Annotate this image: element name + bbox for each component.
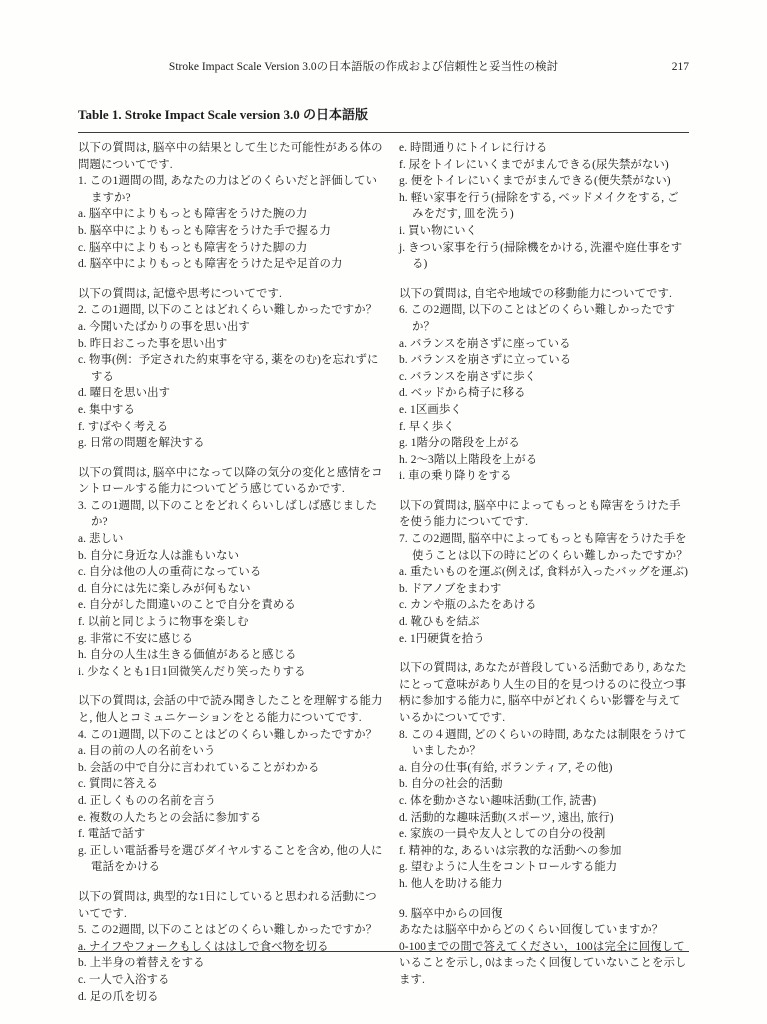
item-text: g. 正しい電話番号を選びダイヤルすることを含め, 他の人に電話をかける	[78, 843, 387, 876]
item-text: h. 軽い家事を行う(掃除をする, ベッドメイクをする, ごみをだす, 皿を洗う…	[399, 190, 689, 223]
item-text: e. 1区画歩く	[399, 402, 689, 419]
item-text: e. 1円硬貨を拾う	[399, 631, 689, 648]
item-text: d. 活動的な趣味活動(スポーツ, 遠出, 旅行)	[399, 810, 689, 827]
question-section: 以下の質問は, 典型的な1日にしていると思われる活動についてです.5. この2週…	[78, 889, 387, 1005]
question-section: e. 時間通りにトイレに行けるf. 尿をトイレにいくまでがまんできる(尿失禁がな…	[399, 140, 689, 273]
question-section: 以下の質問は, 脳卒中になって以降の気分の変化と感情をコントロールする能力につい…	[78, 465, 387, 681]
section-intro: 以下の質問は, 典型的な1日にしていると思われる活動についてです.	[78, 889, 387, 922]
item-text: b. 会話の中で自分に言われていることがわかる	[78, 760, 387, 777]
item-text: d. 脳卒中によりもっとも障害をうけた足や足首の力	[78, 256, 387, 273]
item-text: c. 物事(例：予定された約束事を守る, 薬をのむ)を忘れずにする	[78, 352, 387, 385]
item-text: g. 日常の問題を解決する	[78, 435, 387, 452]
item-text: d. 足の爪を切る	[78, 989, 387, 1006]
item-text: h. 他人を助ける能力	[399, 876, 689, 893]
item-text: b. ドアノブをまわす	[399, 581, 689, 598]
item-text: d. 曜日を思い出す	[78, 385, 387, 402]
item-text: e. 複数の人たちとの会話に参加する	[78, 810, 387, 827]
item-text: c. 体を動かさない趣味活動(工作, 読書)	[399, 793, 689, 810]
item-text: d. 自分には先に楽しみが何もない	[78, 581, 387, 598]
item-text: b. バランスを崩さずに立っている	[399, 352, 689, 369]
question-text: 5. この2週間, 以下のことはどのくらい難しかったですか？	[78, 922, 387, 939]
table-top-rule	[78, 132, 689, 133]
section-line: あなたは脳卒中からどのくらい回復していますか？	[399, 922, 689, 939]
page-number: 217	[672, 60, 689, 75]
table-body: 以下の質問は, 脳卒中の結果として生じた可能性がある体の問題についてです.1. …	[78, 140, 689, 1005]
question-section: 以下の質問は, 会話の中で読み聞きしたことを理解する能力と, 他人とコミュニケー…	[78, 693, 387, 876]
table-title: Table 1. Stroke Impact Scale version 3.0…	[78, 107, 689, 123]
item-text: f. 尿をトイレにいくまでがまんできる(尿失禁がない)	[399, 157, 689, 174]
section-intro: 以下の質問は, あなたが普段している活動であり, あなたにとって意味があり人生の…	[399, 660, 689, 726]
question-section: 以下の質問は, 脳卒中によってもっとも障害をうけた手を使う能力についてです.7.…	[399, 498, 689, 647]
item-text: h. 2〜3階以上階段を上がる	[399, 452, 689, 469]
question-section: 以下の質問は, 自宅や地域での移動能力についてです.6. この2週間, 以下のこ…	[399, 286, 689, 485]
table-column-right: e. 時間通りにトイレに行けるf. 尿をトイレにいくまでがまんできる(尿失禁がな…	[399, 140, 689, 989]
section-line: 0-100までの間で答えてください，100は完全に回復していることを示し, 0は…	[399, 939, 689, 989]
item-text: d. 正しくものの名前を言う	[78, 793, 387, 810]
item-text: a. 悲しい	[78, 531, 387, 548]
item-text: b. 自分の社会的活動	[399, 776, 689, 793]
item-text: b. 自分に身近な人は誰もいない	[78, 548, 387, 565]
question-section: 以下の質問は, 脳卒中の結果として生じた可能性がある体の問題についてです.1. …	[78, 140, 387, 273]
section-intro: 以下の質問は, 脳卒中の結果として生じた可能性がある体の問題についてです.	[78, 140, 387, 173]
item-text: c. 一人で入浴する	[78, 972, 387, 989]
item-text: a. 今聞いたばかりの事を思い出す	[78, 319, 387, 336]
item-text: f. 以前と同じように物事を楽しむ	[78, 614, 387, 631]
running-head-title: Stroke Impact Scale Version 3.0の日本語版の作成お…	[78, 60, 689, 75]
item-text: f. すばやく考える	[78, 419, 387, 436]
question-text: 9. 脳卒中からの回復	[399, 906, 689, 923]
item-text: c. カンや瓶のふたをあける	[399, 597, 689, 614]
item-text: c. バランスを崩さずに歩く	[399, 369, 689, 386]
section-intro: 以下の質問は, 脳卒中によってもっとも障害をうけた手を使う能力についてです.	[399, 498, 689, 531]
question-text: 2. この1週間, 以下のことはどれくらい難しかったですか？	[78, 302, 387, 319]
item-text: e. 時間通りにトイレに行ける	[399, 140, 689, 157]
table-column-left: 以下の質問は, 脳卒中の結果として生じた可能性がある体の問題についてです.1. …	[78, 140, 387, 1005]
item-text: e. 家族の一員や友人としての自分の役割	[399, 826, 689, 843]
item-text: c. 自分は他の人の重荷になっている	[78, 564, 387, 581]
item-text: b. 上半身の着替えをする	[78, 955, 387, 972]
item-text: i. 少なくとも1日1回微笑んだり笑ったりする	[78, 664, 387, 681]
item-text: g. 非常に不安に感じる	[78, 631, 387, 648]
question-text: 8. この４週間, どのくらいの時間, あなたは制限をうけていましたか？	[399, 727, 689, 760]
item-text: i. 買い物にいく	[399, 223, 689, 240]
running-head: Stroke Impact Scale Version 3.0の日本語版の作成お…	[78, 60, 689, 75]
item-text: a. 目の前の人の名前をいう	[78, 743, 387, 760]
question-section: 以下の質問は, あなたが普段している活動であり, あなたにとって意味があり人生の…	[399, 660, 689, 892]
question-text: 7. この2週間, 脳卒中によってもっとも障害をうけた手を使うことは以下の時にど…	[399, 531, 689, 564]
section-intro: 以下の質問は, 脳卒中になって以降の気分の変化と感情をコントロールする能力につい…	[78, 465, 387, 498]
item-text: g. 便をトイレにいくまでがまんできる(便失禁がない)	[399, 173, 689, 190]
item-text: a. バランスを崩さずに座っている	[399, 336, 689, 353]
item-text: a. ナイフやフォークもしくははしで食べ物を切る	[78, 939, 387, 956]
question-text: 4. この1週間, 以下のことはどのくらい難しかったですか？	[78, 727, 387, 744]
item-text: a. 脳卒中によりもっとも障害をうけた腕の力	[78, 206, 387, 223]
item-text: c. 脳卒中によりもっとも障害をうけた脚の力	[78, 240, 387, 257]
item-text: d. 靴ひもを結ぶ	[399, 614, 689, 631]
question-text: 3. この1週間, 以下のことをどれくらいしばしば感じましたか?	[78, 498, 387, 531]
item-text: f. 精神的な, あるいは宗教的な活動への参加	[399, 843, 689, 860]
item-text: e. 自分がした間違いのことで自分を責める	[78, 597, 387, 614]
item-text: g. 1階分の階段を上がる	[399, 435, 689, 452]
question-text: 6. この2週間, 以下のことはどのくらい難しかったですか？	[399, 302, 689, 335]
document-page: Stroke Impact Scale Version 3.0の日本語版の作成お…	[0, 0, 767, 1024]
item-text: c. 質問に答える	[78, 776, 387, 793]
item-text: b. 昨日おこった事を思い出す	[78, 336, 387, 353]
question-section: 9. 脳卒中からの回復あなたは脳卒中からどのくらい回復していますか？0-100ま…	[399, 906, 689, 989]
item-text: b. 脳卒中によりもっとも障害をうけた手で握る力	[78, 223, 387, 240]
table-bottom-rule	[78, 951, 689, 952]
item-text: g. 望むように人生をコントロールする能力	[399, 859, 689, 876]
item-text: a. 重たいものを運ぶ(例えば, 食料が入ったバッグを運ぶ)	[399, 564, 689, 581]
question-text: 1. この1週間の間, あなたの力はどのくらいだと評価していますか?	[78, 173, 387, 206]
question-section: 以下の質問は, 記憶や思考についてです.2. この1週間, 以下のことはどれくら…	[78, 286, 387, 452]
item-text: e. 集中する	[78, 402, 387, 419]
item-text: j. きつい家事を行う(掃除機をかける, 洗濯や庭仕事をする)	[399, 240, 689, 273]
item-text: h. 自分の人生は生きる価値があると感じる	[78, 647, 387, 664]
item-text: f. 早く歩く	[399, 419, 689, 436]
item-text: a. 自分の仕事(有給, ボランティア, その他)	[399, 760, 689, 777]
item-text: f. 電話で話す	[78, 826, 387, 843]
section-intro: 以下の質問は, 自宅や地域での移動能力についてです.	[399, 286, 689, 303]
section-intro: 以下の質問は, 記憶や思考についてです.	[78, 286, 387, 303]
item-text: i. 車の乗り降りをする	[399, 468, 689, 485]
section-intro: 以下の質問は, 会話の中で読み聞きしたことを理解する能力と, 他人とコミュニケー…	[78, 693, 387, 726]
item-text: d. ベッドから椅子に移る	[399, 385, 689, 402]
